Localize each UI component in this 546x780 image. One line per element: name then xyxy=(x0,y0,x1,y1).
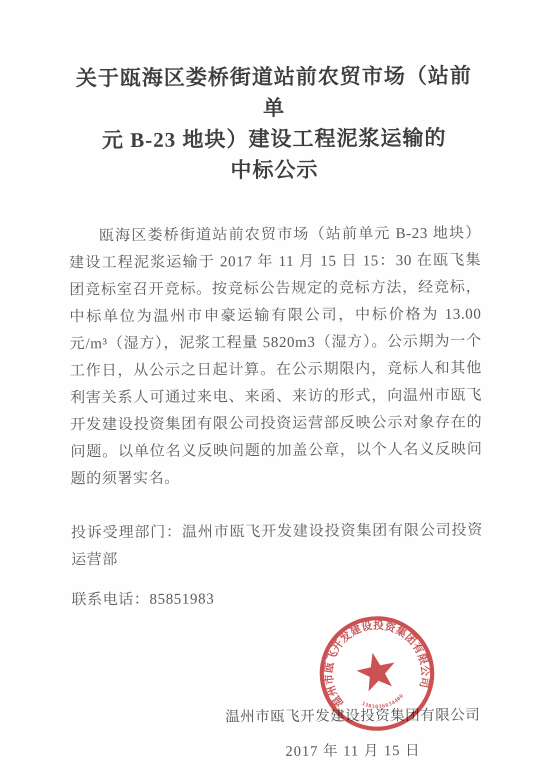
signature-company: 温州市瓯飞开发建设投资集团有限公司 xyxy=(225,704,480,727)
document-content: 关于瓯海区娄桥街道站前农贸市场（站前单 元 B-23 地块）建设工程泥浆运输的 … xyxy=(0,0,546,780)
document-title: 关于瓯海区娄桥街道站前农贸市场（站前单 元 B-23 地块）建设工程泥浆运输的 … xyxy=(68,61,481,188)
contact-phone-line: 联系电话：85851983 xyxy=(71,585,483,615)
body-paragraph: 瓯海区娄桥街道站前农贸市场（站前单元 B-23 地块）建设工程泥浆运输于 201… xyxy=(69,221,483,494)
title-line-3: 中标公示 xyxy=(68,154,480,188)
document-page: 关于瓯海区娄桥街道站前农贸市场（站前单 元 B-23 地块）建设工程泥浆运输的 … xyxy=(0,0,546,780)
signature-block: 温州市瓯飞开发建设投资集团有限公司 2017 年 11 月 15 日 xyxy=(72,704,484,763)
signature-inner: 温州市瓯飞开发建设投资集团有限公司 2017 年 11 月 15 日 xyxy=(225,704,480,762)
signature-date: 2017 年 11 月 15 日 xyxy=(225,739,480,762)
complaint-department-line: 投诉受理部门：温州市瓯飞开发建设投资集团有限公司投资运营部 xyxy=(71,518,483,575)
title-line-1: 关于瓯海区娄桥街道站前农贸市场（站前单 xyxy=(68,61,480,126)
title-line-2: 元 B-23 地块）建设工程泥浆运输的 xyxy=(68,123,480,157)
